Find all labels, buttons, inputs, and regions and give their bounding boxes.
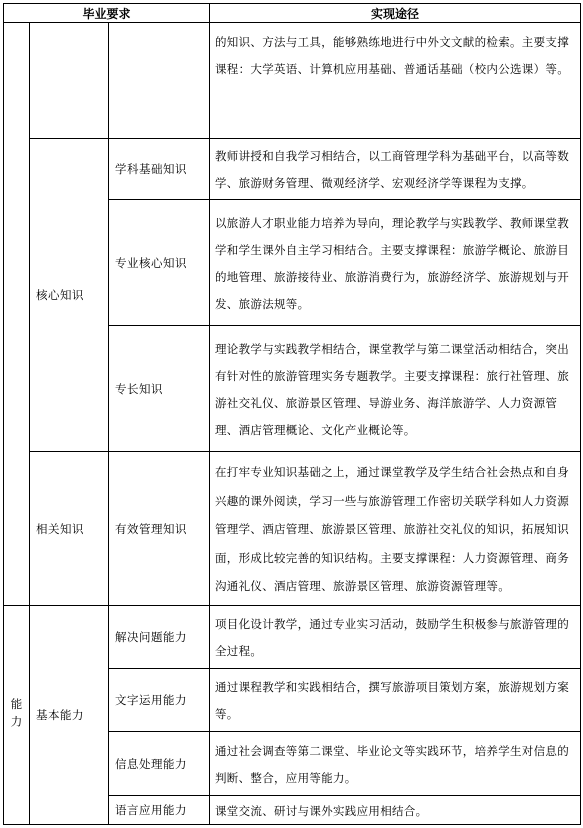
- item-label: 学科基础知识: [115, 161, 187, 177]
- item-cell-4: 有效管理知识: [108, 451, 210, 606]
- item-cell-2: 专业核心知识: [108, 199, 210, 326]
- approach-text: 理论教学与实践教学相结合，课堂教学与第二课堂活动相结合，突出有针对性的旅游管理实…: [215, 336, 577, 444]
- header-approach: 实现途径: [209, 3, 581, 23]
- approach-text: 教师讲授和自我学习相结合，以工商管理学科为基础平台，以高等数学、旅游财务管理、微…: [215, 143, 577, 197]
- item-label: 文字运用能力: [115, 692, 187, 708]
- item-label: 专长知识: [115, 381, 163, 397]
- item-label: 专业核心知识: [115, 255, 187, 271]
- approach-text: 在打牢专业知识基础之上，通过课堂教学及学生结合社会热点和自身兴趣的课外阅读，学习…: [215, 458, 577, 601]
- approach-cell-2: 以旅游人才职业能力培养为导向，理论教学与实践教学、教师课堂教学和学生课外自主学习…: [209, 199, 581, 326]
- item-cell-7: 信息处理能力: [108, 731, 210, 796]
- approach-text: 通过社会调查等第二课堂、毕业论文等实践环节，培养学生对信息的判断、整合，应用等能…: [215, 738, 577, 792]
- approach-text: 课堂交流、研讨与课外实践应用相结合。: [215, 798, 427, 825]
- item-label: 信息处理能力: [115, 756, 187, 772]
- approach-text: 项目化设计教学，通过专业实习活动，鼓励学生积极参与旅游管理的全过程。: [215, 611, 577, 665]
- approach-cell-1: 教师讲授和自我学习相结合，以工商管理学科为基础平台，以高等数学、旅游财务管理、微…: [209, 138, 581, 200]
- item-label: 解决问题能力: [115, 629, 187, 645]
- group-cell-basic-ability: 基本能力: [29, 605, 109, 825]
- item-cell-0: [108, 22, 210, 139]
- item-cell-1: 学科基础知识: [108, 138, 210, 200]
- item-cell-5: 解决问题能力: [108, 605, 210, 669]
- approach-text: 通过课程教学和实践相结合，撰写旅游项目策划方案，旅游规划方案等。: [215, 674, 577, 728]
- group-core-knowledge-label: 核心知识: [36, 287, 84, 303]
- header-requirement: 毕业要求: [3, 3, 210, 23]
- header-approach-label: 实现途径: [371, 5, 419, 22]
- approach-cell-0: 的知识、方法与工具，能够熟练地进行中外文文献的检索。主要支撑课程：大学英语、计算…: [209, 22, 581, 139]
- graduation-requirements-table: 毕业要求 实现途径 能力 核心知识 相关知识 基本能力 的知识、方法与工具，能够…: [3, 3, 581, 825]
- item-label: 语言应用能力: [115, 802, 187, 818]
- approach-cell-4: 在打牢专业知识基础之上，通过课堂教学及学生结合社会热点和自身兴趣的课外阅读，学习…: [209, 451, 581, 606]
- group-basic-ability-label: 基本能力: [36, 707, 84, 723]
- group-cell-continued: [29, 22, 109, 139]
- group-cell-related-knowledge: 相关知识: [29, 451, 109, 606]
- item-label: 有效管理知识: [115, 521, 187, 537]
- approach-cell-3: 理论教学与实践教学相结合，课堂教学与第二课堂活动相结合，突出有针对性的旅游管理实…: [209, 325, 581, 452]
- approach-cell-6: 通过课程教学和实践相结合，撰写旅游项目策划方案，旅游规划方案等。: [209, 668, 581, 732]
- category-ability-label: 能力: [4, 698, 29, 733]
- item-cell-8: 语言应用能力: [108, 795, 210, 825]
- group-related-knowledge-label: 相关知识: [36, 521, 84, 537]
- approach-text: 的知识、方法与工具，能够熟练地进行中外文文献的检索。主要支撑课程：大学英语、计算…: [215, 29, 577, 83]
- approach-cell-7: 通过社会调查等第二课堂、毕业论文等实践环节，培养学生对信息的判断、整合，应用等能…: [209, 731, 581, 796]
- item-cell-3: 专长知识: [108, 325, 210, 452]
- category-cell-knowledge: [3, 22, 30, 606]
- approach-cell-5: 项目化设计教学，通过专业实习活动，鼓励学生积极参与旅游管理的全过程。: [209, 605, 581, 669]
- header-requirement-label: 毕业要求: [82, 5, 130, 22]
- approach-text: 以旅游人才职业能力培养为导向，理论教学与实践教学、教师课堂教学和学生课外自主学习…: [215, 210, 577, 318]
- approach-cell-8: 课堂交流、研讨与课外实践应用相结合。: [209, 795, 581, 825]
- group-cell-core-knowledge: 核心知识: [29, 138, 109, 452]
- category-cell-ability: 能力: [3, 605, 30, 825]
- item-cell-6: 文字运用能力: [108, 668, 210, 732]
